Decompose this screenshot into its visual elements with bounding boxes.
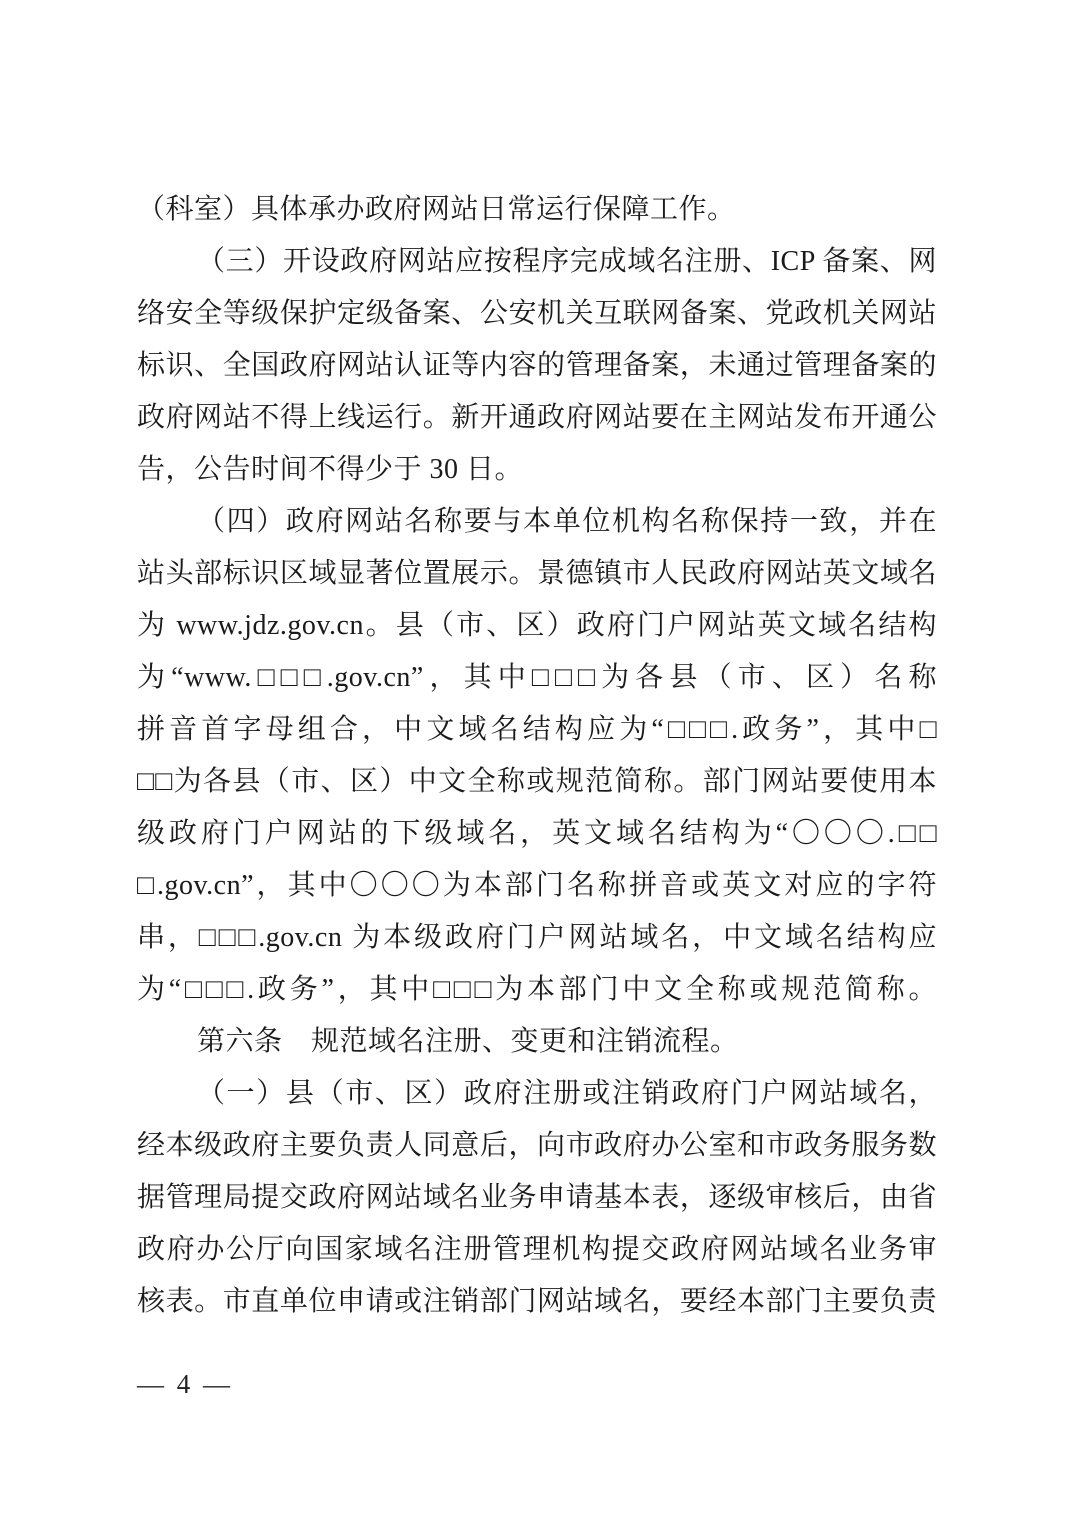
text-line: 政府网站不得上线运行。新开通政府网站要在主网站发布开通公 <box>137 392 937 444</box>
text-line: □.gov.cn”，其中〇〇〇为本部门名称拼音或英文对应的字符 <box>137 860 937 912</box>
text-line: 串，□□□.gov.cn 为本级政府门户网站域名，中文域名结构应 <box>137 912 937 964</box>
text-line: 站头部标识区域显著位置展示。景德镇市人民政府网站英文域名 <box>137 548 937 600</box>
document-page: （科室）具体承办政府网站日常运行保障工作。 （三）开设政府网站应按程序完成域名注… <box>0 0 1074 1520</box>
text-line: （三）开设政府网站应按程序完成域名注册、ICP 备案、网 <box>137 236 937 288</box>
text-line: 告，公告时间不得少于 30 日。 <box>137 444 937 496</box>
text-line: 为“www.□□□.gov.cn”，其中□□□为各县（市、区）名称 <box>137 652 937 704</box>
document-body: （科室）具体承办政府网站日常运行保障工作。 （三）开设政府网站应按程序完成域名注… <box>137 184 937 1328</box>
text-line: （四）政府网站名称要与本单位机构名称保持一致，并在网 <box>137 496 937 548</box>
text-line: 经本级政府主要负责人同意后，向市政府办公室和市政务服务数 <box>137 1120 937 1172</box>
paragraph-continuation-line: （科室）具体承办政府网站日常运行保障工作。 <box>137 184 937 236</box>
text-line: 为“□□□.政务”，其中□□□为本部门中文全称或规范简称。 <box>137 964 937 1016</box>
text-line: 据管理局提交政府网站域名业务申请基本表，逐级审核后，由省 <box>137 1172 937 1224</box>
text-line: 核表。市直单位申请或注销部门网站域名，要经本部门主要负责 <box>137 1276 937 1328</box>
text-line: 级政府门户网站的下级域名，英文域名结构为“〇〇〇.□□ <box>137 808 937 860</box>
page-number: — 4 — <box>137 1369 233 1399</box>
text-line: （一）县（市、区）政府注册或注销政府门户网站域名，要 <box>137 1068 937 1120</box>
text-line: □□为各县（市、区）中文全称或规范简称。部门网站要使用本 <box>137 756 937 808</box>
text-line: 标识、全国政府网站认证等内容的管理备案，未通过管理备案的 <box>137 340 937 392</box>
text-line: 拼音首字母组合，中文域名结构应为“□□□.政务”，其中□ <box>137 704 937 756</box>
text-line: 政府办公厅向国家域名注册管理机构提交政府网站域名业务审 <box>137 1224 937 1276</box>
text-line: 络安全等级保护定级备案、公安机关互联网备案、党政机关网站 <box>137 288 937 340</box>
text-line: 为 www.jdz.gov.cn。县（市、区）政府门户网站英文域名结构 <box>137 600 937 652</box>
article-six-heading: 第六条 规范域名注册、变更和注销流程。 <box>137 1016 937 1068</box>
